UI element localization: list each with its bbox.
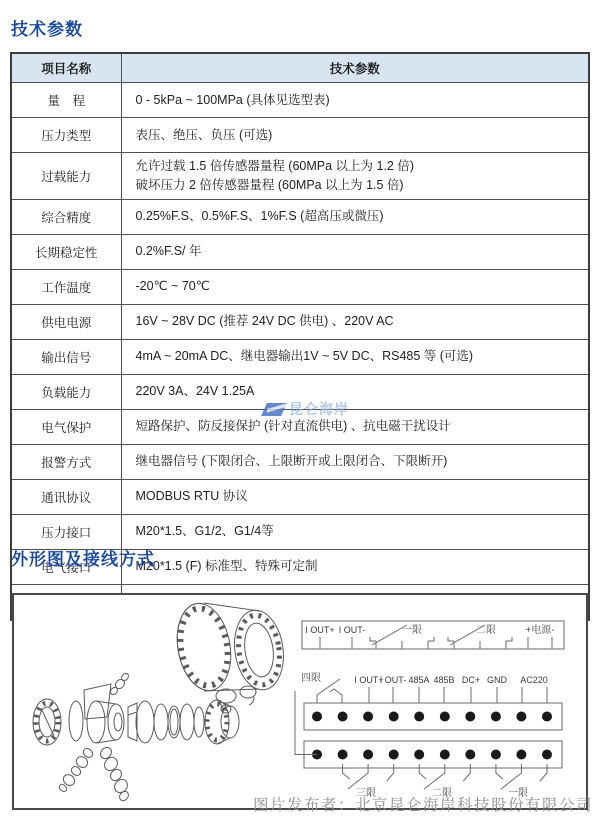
label-iout-minus: I OUT- bbox=[380, 675, 407, 685]
terminal-dot bbox=[389, 750, 399, 760]
spec-name: 工作温度 bbox=[11, 269, 121, 304]
terminal-dot bbox=[338, 712, 348, 722]
label-iout-minus-top: I OUT- bbox=[339, 625, 366, 635]
terminal-dot bbox=[465, 750, 475, 760]
terminal-dot bbox=[389, 712, 399, 722]
spec-value: 0 - 5kPa ~ 100MPa (具体见选型表) bbox=[121, 83, 589, 118]
label-limit4: 四限 bbox=[301, 672, 321, 684]
spec-name: 通讯协议 bbox=[11, 479, 121, 514]
exploded-parts-drawing bbox=[33, 672, 239, 802]
table-row: 长期稳定性0.2%F.S/ 年 bbox=[11, 234, 589, 269]
table-row: 电气保护短路保护、防反接保护 (针对直流供电) 、抗电磁干扰设计 bbox=[11, 409, 589, 444]
spec-name: 过载能力 bbox=[11, 153, 121, 200]
transmitter-exploded-drawing bbox=[33, 599, 288, 802]
label-limit2-top: 二限 bbox=[476, 624, 496, 636]
spec-name: 供电电源 bbox=[11, 304, 121, 339]
outline-wiring-diagram: I OUT+ I OUT- 一限 二限 +电源- 四限 I OUT+ bbox=[12, 593, 588, 810]
spec-value: M20*1.5 (F) 标准型、特殊可定制 bbox=[121, 549, 589, 584]
label-gnd: GND bbox=[487, 675, 508, 685]
terminal-dot bbox=[338, 750, 348, 760]
spec-name: 量 程 bbox=[11, 83, 121, 118]
spec-value: 表压、绝压、负压 (可选) bbox=[121, 118, 589, 153]
label-ac220: AC220 bbox=[520, 675, 548, 685]
label-power-top: +电源- bbox=[525, 623, 554, 636]
spec-value: MODBUS RTU 协议 bbox=[121, 479, 589, 514]
table-row: 输出信号4mA ~ 20mA DC、继电器输出1V ~ 5V DC、RS485 … bbox=[11, 339, 589, 374]
spec-value: 允许过载 1.5 倍传感器量程 (60MPa 以上为 1.2 倍) 破坏压力 2… bbox=[121, 153, 589, 200]
table-row: 过载能力允许过载 1.5 倍传感器量程 (60MPa 以上为 1.2 倍) 破坏… bbox=[11, 153, 589, 200]
spec-name: 长期稳定性 bbox=[11, 234, 121, 269]
spec-value: 16V ~ 28V DC (推荐 24V DC 供电) 、220V AC bbox=[121, 304, 589, 339]
terminal-dot bbox=[312, 712, 322, 722]
terminal-dot bbox=[491, 712, 501, 722]
top-terminal-strip: I OUT+ I OUT- 一限 二限 +电源- bbox=[302, 621, 564, 649]
terminal-dot bbox=[363, 712, 373, 722]
terminal-dot bbox=[440, 712, 450, 722]
table-row: 工作温度-20℃ ~ 70℃ bbox=[11, 269, 589, 304]
terminal-dot bbox=[414, 712, 424, 722]
spec-value: 220V 3A、24V 1.25A bbox=[121, 374, 589, 409]
section-title-tech-params: 技术参数 bbox=[11, 15, 83, 40]
terminal-dot bbox=[414, 750, 424, 760]
header-item-name: 项目名称 bbox=[11, 53, 121, 83]
datasheet-page: 技术参数 项目名称 技术参数 量 程0 - 5kPa ~ 100MPa (具体见… bbox=[0, 0, 600, 816]
terminal-dot bbox=[516, 750, 526, 760]
label-dc-plus: DC+ bbox=[462, 675, 480, 685]
spec-name: 输出信号 bbox=[11, 339, 121, 374]
table-row: 量 程0 - 5kPa ~ 100MPa (具体见选型表) bbox=[11, 83, 589, 118]
terminal-dot bbox=[542, 712, 552, 722]
terminal-dot bbox=[465, 712, 475, 722]
wiring-diagram: I OUT+ I OUT- 一限 二限 +电源- 四限 I OUT+ bbox=[295, 621, 564, 799]
table-row: 通讯协议MODBUS RTU 协议 bbox=[11, 479, 589, 514]
table-row: 供电电源16V ~ 28V DC (推荐 24V DC 供电) 、220V AC bbox=[11, 304, 589, 339]
terminal-block-1 bbox=[304, 703, 562, 730]
table-row: 报警方式继电器信号 (下限闭合、上限断开或上限闭合、下限断开) bbox=[11, 444, 589, 479]
table-row: 综合精度0.25%F.S、0.5%F.S、1%F.S (超高压或微压) bbox=[11, 199, 589, 234]
spec-value: 0.2%F.S/ 年 bbox=[121, 234, 589, 269]
section-title-outline-wiring: 外形图及接线方式 bbox=[11, 545, 155, 570]
spec-value: -20℃ ~ 70℃ bbox=[121, 269, 589, 304]
spec-value: 0.25%F.S、0.5%F.S、1%F.S (超高压或微压) bbox=[121, 199, 589, 234]
terminal-dot bbox=[440, 750, 450, 760]
spec-name: 压力类型 bbox=[11, 118, 121, 153]
publisher-watermark: 图片发布者：北京昆仑海岸科技股份有限公司 bbox=[253, 793, 593, 815]
spec-name: 负载能力 bbox=[11, 374, 121, 409]
table-row: 负载能力220V 3A、24V 1.25A bbox=[11, 374, 589, 409]
limit4-return-wire bbox=[295, 691, 317, 755]
diagram-svg: I OUT+ I OUT- 一限 二限 +电源- 四限 I OUT+ bbox=[14, 595, 586, 808]
terminal-dot bbox=[491, 750, 501, 760]
terminal-dot bbox=[542, 750, 552, 760]
label-485b: 485B bbox=[433, 675, 454, 685]
spec-value: 短路保护、防反接保护 (针对直流供电) 、抗电磁干扰设计 bbox=[121, 409, 589, 444]
label-485a: 485A bbox=[408, 675, 429, 685]
tech-params-table: 项目名称 技术参数 量 程0 - 5kPa ~ 100MPa (具体见选型表) … bbox=[10, 52, 590, 621]
header-tech-param: 技术参数 bbox=[121, 53, 589, 83]
terminal-dot bbox=[516, 712, 526, 722]
spec-name: 压力接口 bbox=[11, 514, 121, 549]
spec-name: 电气保护 bbox=[11, 409, 121, 444]
spec-value: M20*1.5、G1/2、G1/4等 bbox=[121, 514, 589, 549]
spec-value: 继电器信号 (下限闭合、上限断开或上限闭合、下限断开) bbox=[121, 444, 589, 479]
spec-value: 4mA ~ 20mA DC、继电器输出1V ~ 5V DC、RS485 等 (可… bbox=[121, 339, 589, 374]
table-header-row: 项目名称 技术参数 bbox=[11, 53, 589, 83]
table-row: 压力接口M20*1.5、G1/2、G1/4等 bbox=[11, 514, 589, 549]
terminal-labels-row: 四限 I OUT+ I OUT- 485A 485B DC+ GND AC220 bbox=[301, 672, 548, 703]
label-iout-plus-top: I OUT+ bbox=[305, 625, 334, 635]
table-row: 压力类型表压、绝压、负压 (可选) bbox=[11, 118, 589, 153]
spec-name: 综合精度 bbox=[11, 199, 121, 234]
spec-name: 报警方式 bbox=[11, 444, 121, 479]
transmitter-housing-drawing bbox=[171, 599, 289, 713]
terminal-dot bbox=[363, 750, 373, 760]
